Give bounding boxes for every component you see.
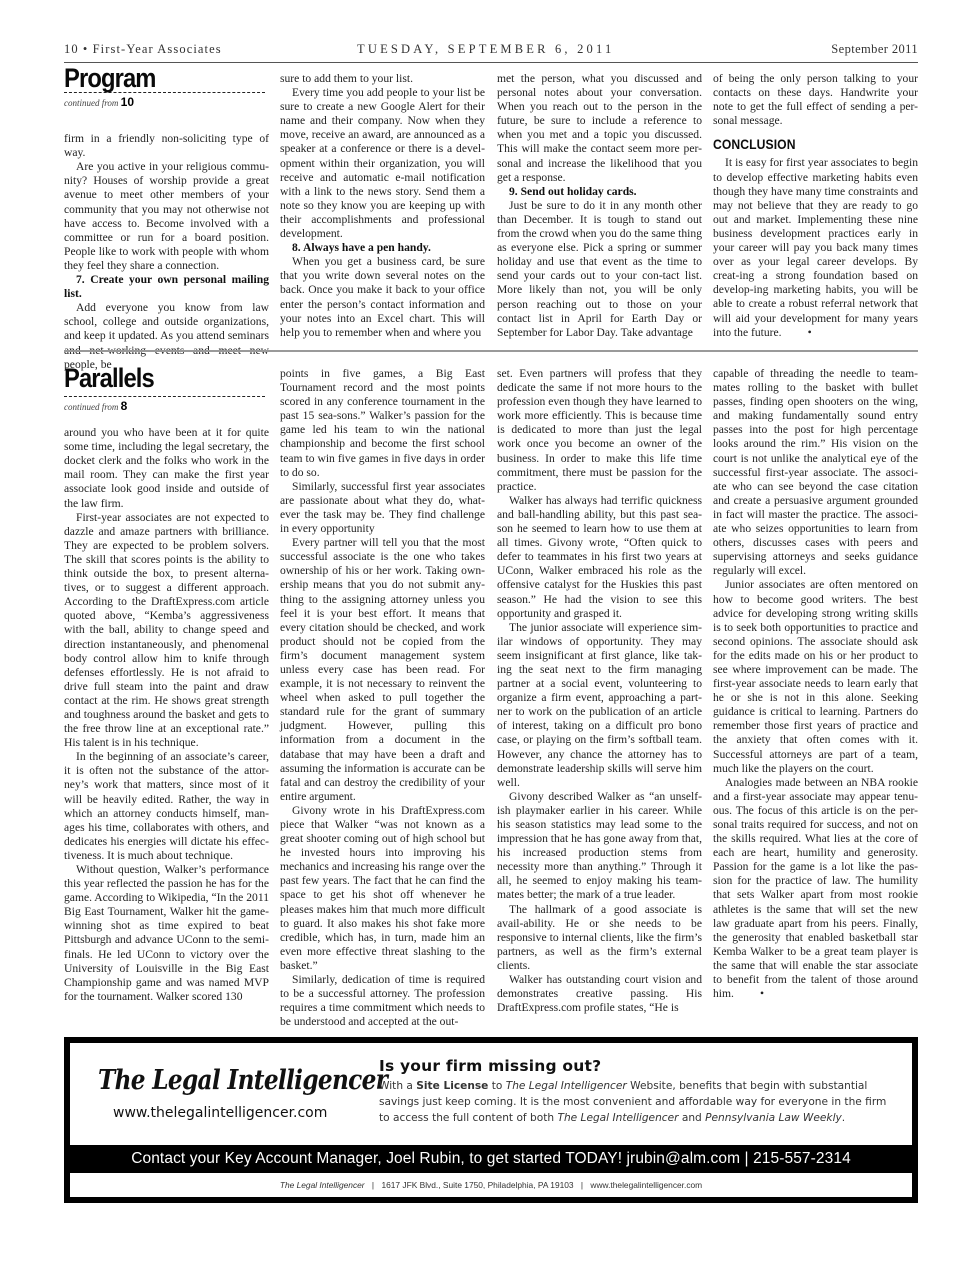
program-col3-body: met the person, what you discussed and p… — [497, 72, 702, 340]
paragraph: around you who have been at it for quite… — [64, 426, 269, 511]
ad-body-text: With a Site License to The Legal Intelli… — [379, 1078, 899, 1126]
parallels-kicker: Parallels continued from 8 — [64, 364, 269, 414]
paragraph: Walker has always had terrific quickness… — [497, 494, 702, 621]
program-col2-body: sure to add them to your list.Every time… — [280, 72, 485, 340]
paragraph: Junior associates are often mentored on … — [713, 578, 918, 775]
paragraph: In the beginning of an associate’s caree… — [64, 750, 269, 863]
paragraph: Givony described Walker as “an unself-is… — [497, 790, 702, 903]
ad-contact-bar: Contact your Key Account Manager, Joel R… — [64, 1145, 918, 1173]
parallels-col1-body: around you who have been at it for quite… — [64, 426, 269, 1004]
program-column-4: of being the only person talking to your… — [713, 72, 918, 340]
header-rule — [64, 62, 918, 63]
continued-from: continued from 10 — [64, 95, 269, 110]
footer-website-link[interactable]: www.thelegalintelligencer.com — [590, 1180, 702, 1190]
program-col1-body: firm in a friendly non-soliciting type o… — [64, 132, 269, 372]
parallels-col4-body: capable of threading the needle to team-… — [713, 367, 918, 1001]
ad-headline: Is your firm missing out? — [379, 1057, 601, 1075]
conclusion-heading: CONCLUSION — [713, 138, 898, 152]
paragraph: Givony wrote in his DraftExpress.com pie… — [280, 804, 485, 973]
program-column-3: met the person, what you discussed and p… — [497, 72, 702, 340]
paragraph: firm in a friendly non-soliciting type o… — [64, 132, 269, 160]
paragraph: points in five games, a Big East Tournam… — [280, 367, 485, 480]
paragraph: Just be sure to do it in any month other… — [497, 199, 702, 340]
paragraph: First-year associates are not expected t… — [64, 511, 269, 751]
paragraph: Every time you add people to your list b… — [280, 86, 485, 241]
site-license-emphasis: Site License — [416, 1080, 488, 1092]
issue-month: September 2011 — [831, 42, 918, 57]
subheading: 7. Create your own personal mailing list… — [64, 273, 269, 301]
legal-intelligencer-logo: The Legal Intelligencer — [98, 1065, 387, 1096]
end-mark-icon: • — [748, 987, 764, 1001]
paragraph: capable of threading the needle to team-… — [713, 367, 918, 578]
parallels-col2-body: points in five games, a Big East Tournam… — [280, 367, 485, 1029]
parallels-column-2: points in five games, a Big East Tournam… — [280, 367, 485, 1029]
paragraph: sure to add them to your list. — [280, 72, 485, 86]
paragraph: Add everyone you know from law school, c… — [64, 301, 269, 371]
program-title: Program — [64, 64, 244, 92]
paragraph: Similarly, dedication of time is require… — [280, 973, 485, 1029]
continued-from: continued from 8 — [64, 399, 269, 414]
parallels-col3-body: set. Even partners will profess that the… — [497, 367, 702, 1015]
end-mark-icon: • — [796, 326, 812, 340]
conclusion-text: It is easy for first year associates to … — [713, 156, 918, 339]
paragraph: The junior associate will experience sim… — [497, 621, 702, 790]
paragraph: met the person, what you discussed and p… — [497, 72, 702, 185]
paragraph: Similarly, successful first year associa… — [280, 480, 485, 536]
continued-page: 8 — [121, 399, 128, 413]
program-col4-intro: of being the only person talking to your… — [713, 72, 918, 128]
kicker-dashed-rule — [64, 396, 265, 397]
paragraph: Walker has outstanding court vision and … — [497, 973, 702, 1015]
subheading: 8. Always have a pen handy. — [280, 241, 485, 255]
parallels-column-3: set. Even partners will profess that the… — [497, 367, 702, 1015]
paragraph: Every partner will tell you that the mos… — [280, 536, 485, 804]
paragraph: When you get a business card, be sure th… — [280, 255, 485, 340]
continued-label: continued from — [64, 98, 118, 108]
parallels-title: Parallels — [64, 364, 244, 392]
parallels-column-1: Parallels continued from 8 around you wh… — [64, 364, 269, 1004]
section-divider — [64, 350, 918, 352]
ad-content-panel: The Legal Intelligencer www.thelegalinte… — [70, 1043, 912, 1145]
paragraph: Analogies made between an NBA rookie and… — [713, 776, 918, 1002]
paragraph: set. Even partners will profess that the… — [497, 367, 702, 494]
program-kicker: Program continued from 10 — [64, 64, 269, 110]
section-label: 10 • First-Year Associates — [64, 42, 222, 57]
running-head: 10 • First-Year Associates TUESDAY, SEPT… — [64, 42, 918, 62]
program-column-1: Program continued from 10 firm in a frie… — [64, 64, 269, 372]
parallels-column-4: capable of threading the needle to team-… — [713, 367, 918, 1001]
footer-address: 1617 JFK Blvd., Suite 1750, Philadelphia… — [381, 1180, 573, 1190]
site-license-ad: The Legal Intelligencer www.thelegalinte… — [64, 1037, 918, 1203]
program-column-2: sure to add them to your list.Every time… — [280, 72, 485, 340]
ad-website-link[interactable]: www.thelegalintelligencer.com — [113, 1105, 327, 1121]
continued-label: continued from — [64, 402, 118, 412]
issue-date: TUESDAY, SEPTEMBER 6, 2011 — [357, 42, 614, 57]
continued-page: 10 — [121, 95, 134, 109]
paragraph: Without question, Walker’s performance t… — [64, 863, 269, 1004]
footer-publication-name: The Legal Intelligencer — [280, 1180, 365, 1190]
ad-footer: The Legal Intelligencer | 1617 JFK Blvd.… — [70, 1173, 912, 1197]
subheading: 9. Send out holiday cards. — [497, 185, 702, 199]
paragraph: Are you active in your religious commu-n… — [64, 160, 269, 273]
paragraph: The hallmark of a good associate is avai… — [497, 903, 702, 973]
